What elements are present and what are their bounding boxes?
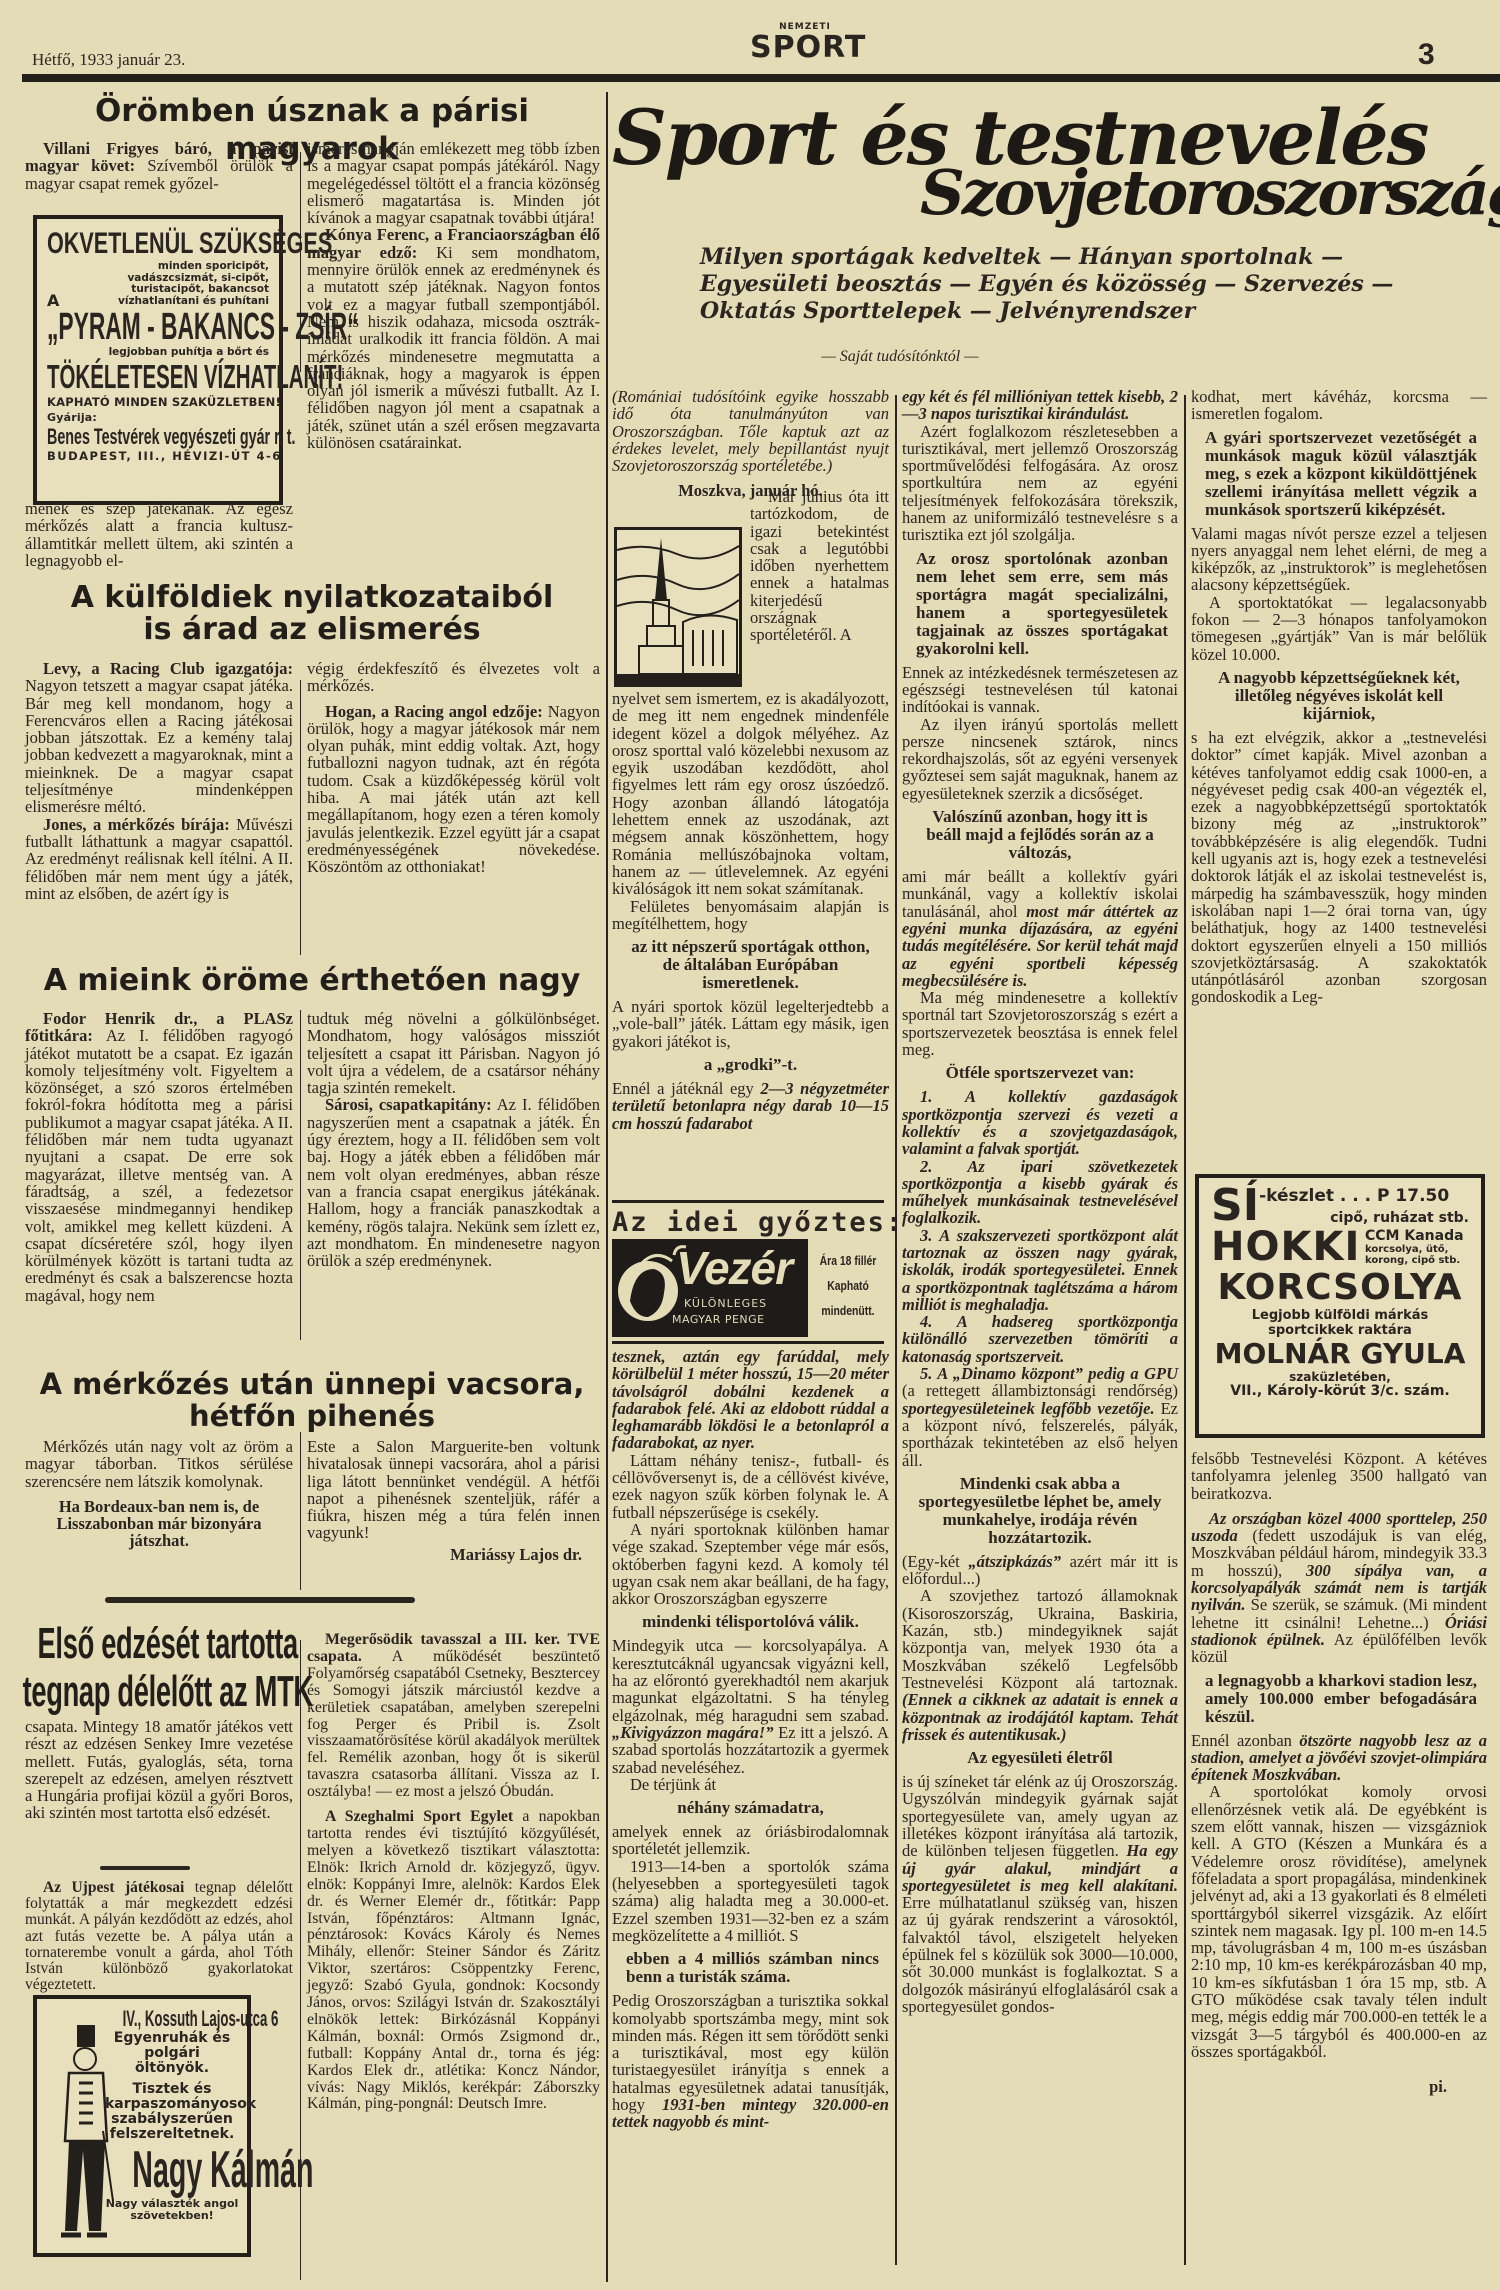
subhead: ebben a 4 milliós számban nincs benn a t… <box>612 1944 889 1992</box>
section-divider <box>100 1866 190 1870</box>
header-rule <box>22 74 1500 82</box>
mtk-body: csapata. Mintegy 18 amatőr játékos vett … <box>25 1718 293 1822</box>
column-divider <box>1184 395 1186 2265</box>
list-item: 4. A hadsereg sportközpontja különálló s… <box>902 1313 1178 1365</box>
byline: — Saját tudósítónktól — <box>600 348 1200 366</box>
ad-brand: „PYRAM - BAKANCS - ZSÍR“ <box>47 307 180 347</box>
soviet-col3-top: kodhat, mert kávéház, korcsma — ismeretl… <box>1191 388 1487 1006</box>
dinner-col1: Mérkőzés után nagy volt az öröm a magyar… <box>25 1438 293 1550</box>
masthead-logo: NEMZETI SPORT <box>750 22 860 70</box>
subhead: a „grodki”-t. <box>612 1050 889 1080</box>
moscow-tower-illustration <box>614 527 742 687</box>
subhead: Az orosz sportolónak azonban nem lehet s… <box>902 544 1178 664</box>
issue-date: Hétfő, 1933 január 23. <box>32 50 185 70</box>
mieink-col1: Fodor Henrik dr., a PLASz főtitkára: Az … <box>25 1010 293 1304</box>
author-signature: Mariássy Lajos dr. <box>307 1546 600 1563</box>
list-item: 2. Az ipari szövetkezetek sportközpontja… <box>902 1158 1178 1227</box>
title-szovjetoroszorszagban: Szovjetoroszországban <box>920 158 1500 228</box>
subhead: A gyári sportszervezet vezetőségét a mun… <box>1191 423 1487 525</box>
headline-mieink: A mieink öröme érthetően nagy <box>22 963 602 999</box>
soviet-col1-top: (Romániai tudósítóink egyike hosszabb id… <box>612 388 889 500</box>
headline-mtk: Első edzését tartotta tegnap délelőtt az… <box>22 1620 313 1716</box>
foreign-col2: végig érdekfeszítő és élvezetes volt a m… <box>307 660 600 876</box>
article-deck: Milyen sportágak kedveltek — Hányan spor… <box>700 244 1460 325</box>
subhead: mindenki télisportolóvá válik. <box>612 1607 889 1637</box>
subhead: Mindenki csak abba a sportegyesületbe lé… <box>902 1469 1178 1553</box>
paris-col1-cont: ménék és szép játékának. Az egész mérkőz… <box>25 500 293 569</box>
subhead: Ötféle sportszervezet van: <box>902 1058 1178 1088</box>
subhead: néhány számadatra, <box>612 1793 889 1823</box>
ad-pyram-bakancs-zsir: OKVETLENÜL SZÜKSÉGES minden sporicipőt, … <box>33 215 283 505</box>
soviet-col2: egy két és fél millióniyan tettek kisebb… <box>902 388 1178 2015</box>
subhead: Valószínű azonban, hogy itt is beáll maj… <box>902 802 1178 868</box>
subhead: a legnagyobb a kharkovi stadion lesz, am… <box>1191 1666 1487 1732</box>
author-signature: pi. <box>1191 2078 1487 2095</box>
ad-vezer-logo: Vezér KÜLÖNLEGES MAGYAR PENGE <box>612 1239 808 1337</box>
mieink-col2: tudtuk még növelni a gólkülönbséget. Mon… <box>307 1010 600 1269</box>
headline-dinner: A mérkőzés után ünnepi vacsora, hétfőn p… <box>22 1368 602 1432</box>
column-divider <box>300 680 301 955</box>
column-divider <box>606 92 608 2282</box>
page-number: 3 <box>1418 38 1435 72</box>
ad-vezer-penge: Az idei győztes: Vezér KÜLÖNLEGES MAGYAR… <box>612 1200 884 1344</box>
column-divider <box>300 1010 301 1340</box>
column-divider <box>895 395 897 2265</box>
list-item: 1. A kollektív gazdaságok sportközpontja… <box>902 1088 1178 1157</box>
headline-foreign: A külföldiek nyilatkozataiból is árad az… <box>22 582 602 646</box>
subhead: A nagyobb képzettségűeknek két, illetőle… <box>1191 663 1487 729</box>
section-divider <box>105 1597 415 1603</box>
list-item: 3. A szakszervezeti sportközpont alát ta… <box>902 1227 1178 1313</box>
ad-molnar-gyula: SÍ-készlet . . . P 17.50 cipő, ruházat s… <box>1195 1174 1485 1438</box>
column-divider <box>300 1432 301 1590</box>
soldier-illustration-icon <box>47 2021 119 2249</box>
subhead: Az egyesületi életről <box>902 1743 1178 1773</box>
dinner-col2: Este a Salon Marguerite-ben voltunk hiva… <box>307 1438 600 1563</box>
paris-col2: ismerés hangján emlékezett meg több ízbe… <box>307 140 600 451</box>
tower-icon <box>617 530 739 684</box>
foreign-col1: Levy, a Racing Club igazgatója: Nagyon t… <box>25 660 293 902</box>
soviet-col1-lower: tesznek, aztán egy farúddal, mely körülb… <box>612 1348 889 2131</box>
soviet-col1-beside-image: Már június óta itt tartózkodom, de igazi… <box>750 488 889 644</box>
subhead: az itt népszerű sportágak otthon, de ált… <box>612 932 889 998</box>
ad-nagy-kalman: IV., Kossuth Lajos-utca 6 Egyenruhák és … <box>33 1995 251 2257</box>
ujpest-brief: Az Ujpest játékosai tegnap délelőtt foly… <box>25 1880 293 1993</box>
tve-news: Megerősödik tavasszal a III. ker. TVE cs… <box>307 1632 600 2113</box>
list-item: 5. A „Dinamo központ” pedig a GPU (a ret… <box>902 1365 1178 1469</box>
paris-col1-intro: Villani Frigyes báró, a párisi magyar kö… <box>25 140 293 192</box>
soviet-col3-bottom: felsőbb Testnevelési Központ. A kétéves … <box>1191 1450 1487 2096</box>
soviet-col1-body: nyelvet sem ismertem, ez is akadályozott… <box>612 690 889 1132</box>
logo-big-text: SPORT <box>750 32 860 64</box>
